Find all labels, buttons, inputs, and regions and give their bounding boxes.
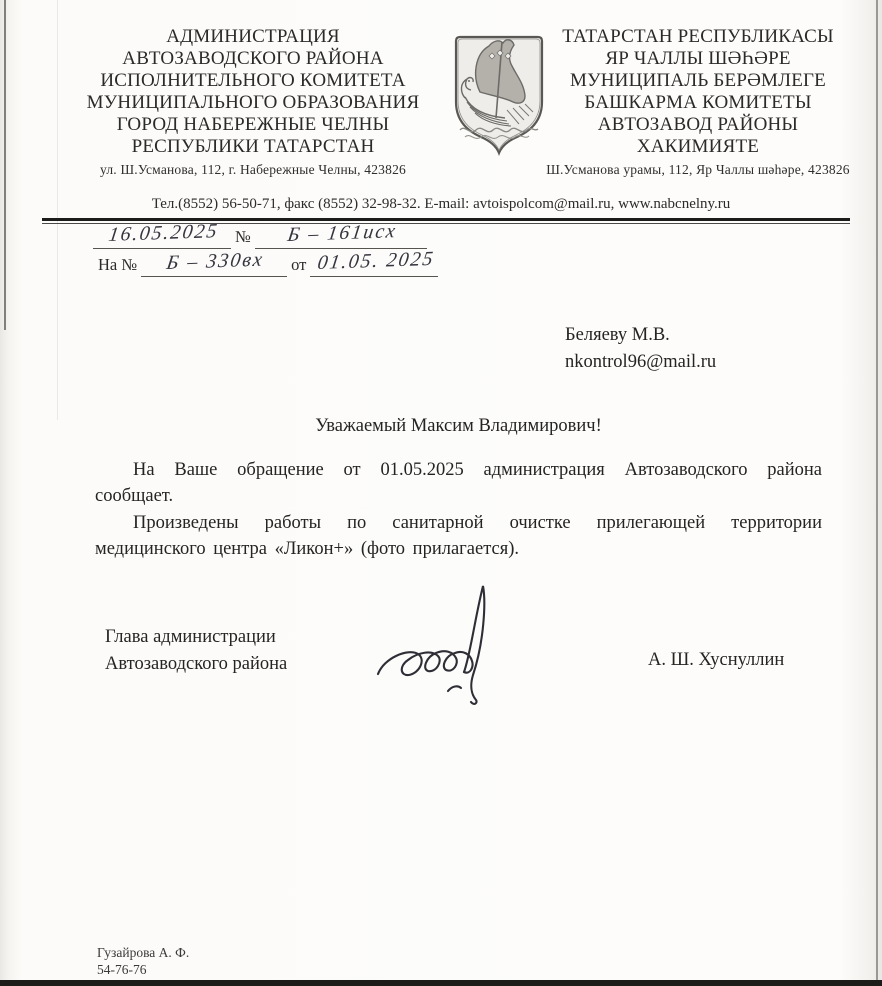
body-paragraph-2: Произведены работы по санитарной очистке… <box>95 511 822 562</box>
org-tt-line: ТАТАРСТАН РЕСПУБЛИКАСЫ <box>526 26 870 48</box>
org-tt-line: БАШКАРМА КОМИТЕТЫ <box>526 92 870 114</box>
scan-edge-left <box>4 0 6 330</box>
incoming-date-handwritten: 01.05. 2025 <box>316 248 436 275</box>
org-ru-line: АВТОЗАВОДСКОГО РАЙОНА <box>56 48 450 70</box>
outgoing-ref-row: 16.05.2025№Б – 161исх <box>93 224 427 249</box>
signer-position-line2: Автозаводского района <box>105 651 287 678</box>
letterhead-org-russian: АДМИНИСТРАЦИЯ АВТОЗАВОДСКОГО РАЙОНА ИСПО… <box>56 26 450 178</box>
signature-autograph-icon <box>372 580 532 712</box>
executor-name: Гузайрова А. Ф. <box>97 944 189 961</box>
signer-name: А. Ш. Хуснуллин <box>648 650 784 671</box>
scan-edge-bottom <box>0 980 882 986</box>
org-ru-address: ул. Ш.Усманова, 112, г. Набережные Челны… <box>56 162 450 178</box>
scanned-letter-page: АДМИНИСТРАЦИЯ АВТОЗАВОДСКОГО РАЙОНА ИСПО… <box>0 0 882 986</box>
incoming-ref-row: На №Б – 330вхот01.05. 2025 <box>98 252 438 277</box>
org-ru-line: ГОРОД НАБЕРЕЖНЫЕ ЧЕЛНЫ <box>56 114 450 136</box>
outgoing-date-underline: 16.05.2025 <box>93 224 231 249</box>
org-ru-line: АДМИНИСТРАЦИЯ <box>56 26 450 48</box>
outgoing-number-handwritten: Б – 161исх <box>286 220 398 247</box>
scan-edge-right <box>876 0 878 986</box>
signer-position-line1: Глава администрации <box>105 624 287 651</box>
body-paragraph-1: На Ваше обращение от 01.05.2025 админист… <box>95 458 822 509</box>
reply-to-label: На № <box>98 255 141 277</box>
org-tt-line: АВТОЗАВОД РАЙОНЫ <box>526 114 870 136</box>
recipient-email: nkontrol96@mail.ru <box>565 349 716 376</box>
number-sign-label: № <box>231 227 255 249</box>
outgoing-date-handwritten: 16.05.2025 <box>107 220 220 247</box>
executor-block: Гузайрова А. Ф. 54-76-76 <box>97 944 189 978</box>
incoming-number-underline: Б – 330вх <box>141 252 287 277</box>
org-tt-address: Ш.Усманова урамы, 112, Яр Чаллы шәһәре, … <box>526 162 870 178</box>
org-tt-line: ХАКИМИЯТЕ <box>526 136 870 158</box>
recipient-name: Беляеву М.В. <box>565 322 716 349</box>
recipient-block: Беляеву М.В. nkontrol96@mail.ru <box>565 322 716 376</box>
letter-body: На Ваше обращение от 01.05.2025 админист… <box>95 458 822 564</box>
incoming-date-underline: 01.05. 2025 <box>310 252 438 277</box>
from-label: от <box>287 255 310 277</box>
outgoing-number-underline: Б – 161исх <box>255 224 427 249</box>
signer-position: Глава администрации Автозаводского район… <box>105 624 287 678</box>
incoming-number-handwritten: Б – 330вх <box>165 248 266 275</box>
letterhead-contact-line: Тел.(8552) 56-50-71, факс (8552) 32-98-3… <box>0 196 882 213</box>
letterhead-org-tatar: ТАТАРСТАН РЕСПУБЛИКАСЫ ЯР ЧАЛЛЫ ШӘҺӘРЕ М… <box>526 26 870 178</box>
org-ru-line: ИСПОЛНИТЕЛЬНОГО КОМИТЕТА <box>56 70 450 92</box>
salutation: Уважаемый Максим Владимирович! <box>95 416 822 437</box>
org-tt-line: ЯР ЧАЛЛЫ ШӘҺӘРЕ <box>526 48 870 70</box>
org-ru-line: РЕСПУБЛИКИ ТАТАРСТАН <box>56 136 450 158</box>
org-tt-line: МУНИЦИПАЛЬ БЕРӘМЛЕГЕ <box>526 70 870 92</box>
executor-phone: 54-76-76 <box>97 961 189 978</box>
org-ru-line: МУНИЦИПАЛЬНОГО ОБРАЗОВАНИЯ <box>56 92 450 114</box>
